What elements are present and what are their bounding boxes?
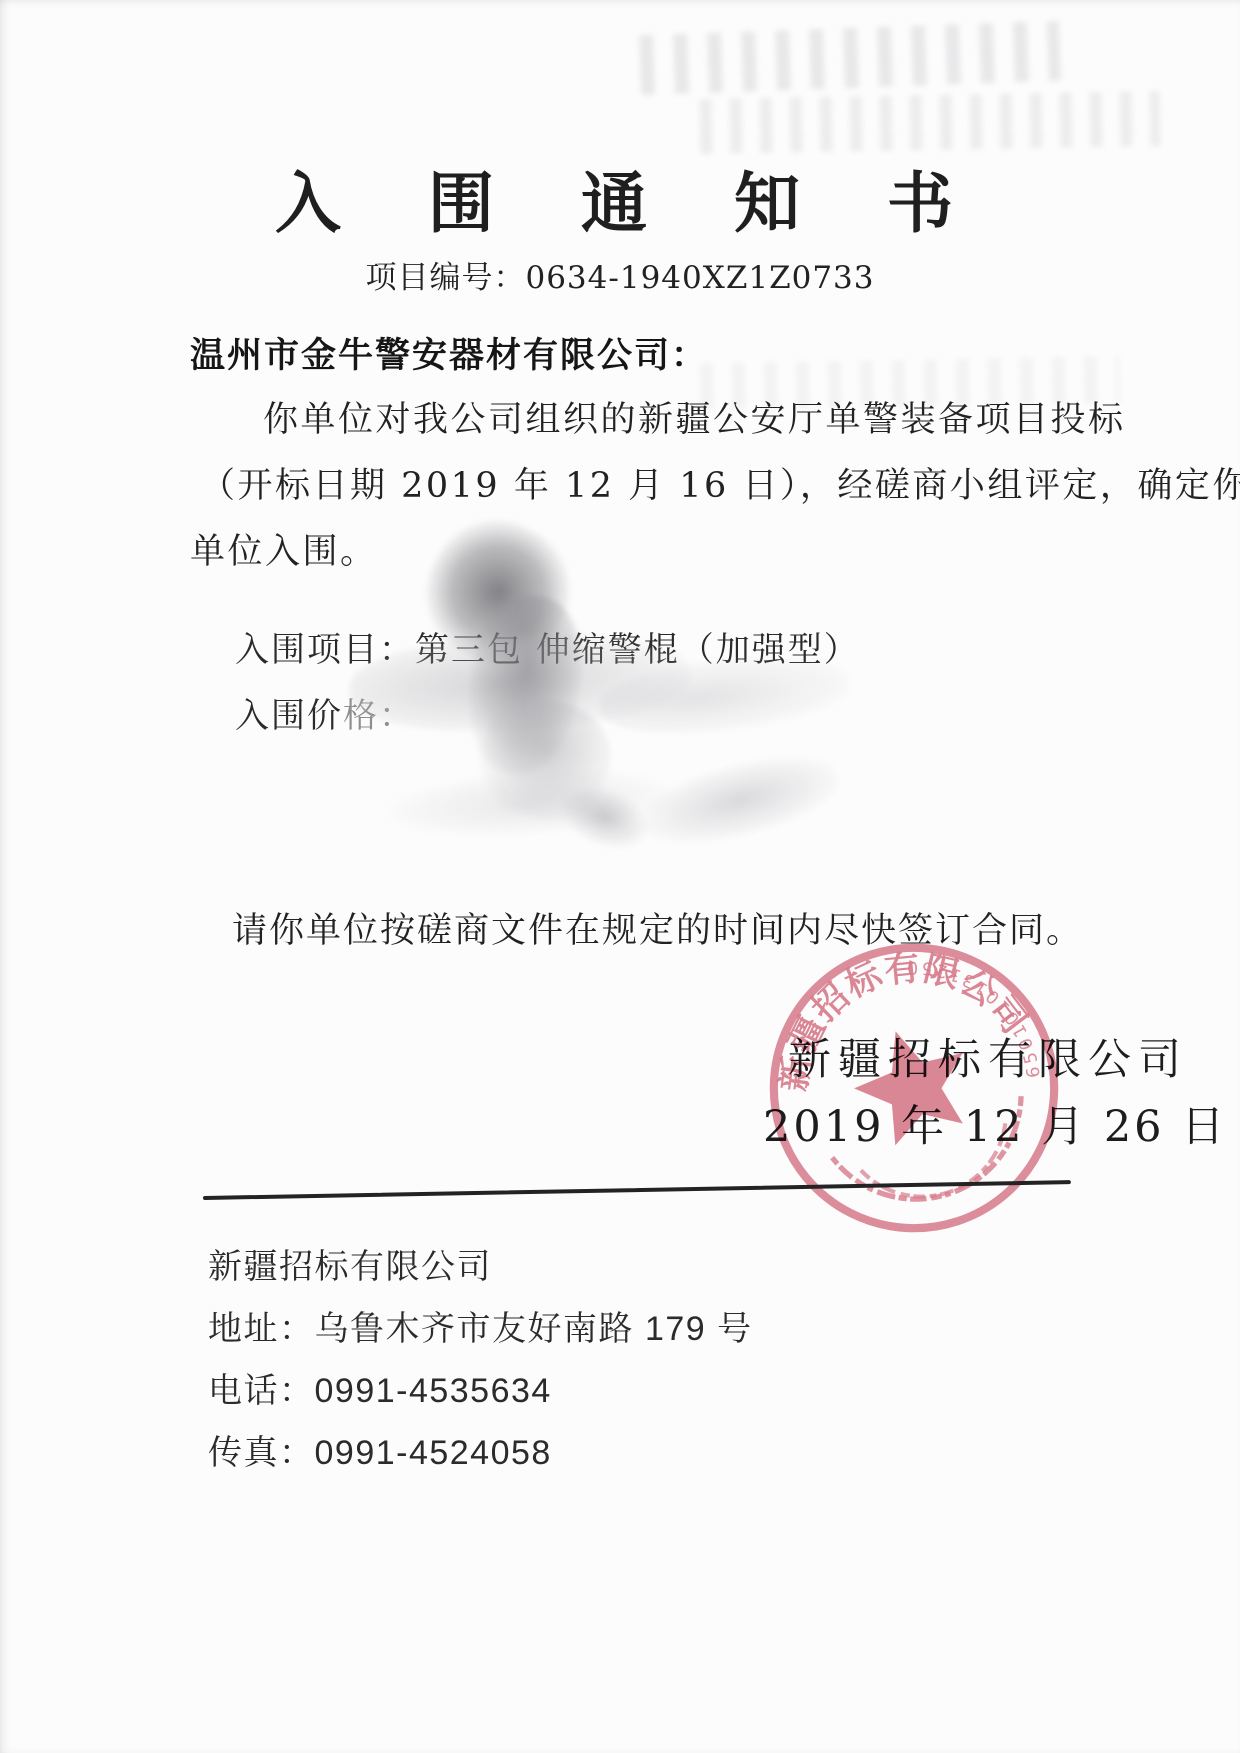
shortlist-project-line: 入围项目：第三包 伸缩警棍（加强型） [235,622,860,671]
footer-fax-label: 传真： [208,1434,315,1472]
scanned-notice-page: 入 围 通 知 书 项目编号：0634-1940XZ1Z0733 温州市金牛警安… [0,0,1240,1753]
project-number-label: 项目编号： [365,260,525,296]
company-seal-stamp: 新疆招标有限公司 6501010131250 [730,904,1098,1272]
footer-address-line: 地址：乌鲁木齐市友好南路 179 号 [208,1301,753,1350]
seal-star-icon [841,1014,983,1152]
body-line-1: 你单位对我公司组织的新疆公安厅单警装备项目投标 [263,392,1126,442]
pencil-smudge [553,776,656,858]
pencil-smudge [458,588,592,782]
footer-fax-value: 0991-4524058 [315,1434,552,1472]
footer-phone-line: 电话：0991-4535634 [208,1363,552,1412]
shortlist-project-value: 第三包 伸缩警棍（加强型） [415,630,860,670]
footer-company: 新疆招标有限公司 [208,1239,492,1288]
footer-address-value: 乌鲁木齐市友好南路 179 号 [315,1310,753,1348]
footer-phone-label: 电话： [208,1372,315,1410]
body-line-2: （开标日期 2019 年 12 月 16 日），经磋商小组评定，确定你 [200,458,1240,508]
bleedthrough-mark [639,21,1061,96]
pencil-smudge [388,762,672,843]
footer-address-label: 地址： [208,1310,315,1348]
bleedthrough-mark [700,91,1161,154]
shortlist-price-line: 入围价格： [235,688,415,737]
project-number-line: 项目编号：0634-1940XZ1Z0733 [0,252,1240,297]
project-number-value: 0634-1940XZ1Z0733 [525,260,874,296]
pencil-smudge [467,685,624,835]
body-line-3: 单位入围。 [190,524,378,574]
shortlist-price-label-faded: 格： [343,696,415,736]
footer-phone-value: 0991-4535634 [315,1372,552,1410]
recipient-company: 温州市金牛警安器材有限公司： [190,328,708,378]
document-title: 入 围 通 知 书 [0,150,1240,245]
pencil-smudge [635,742,846,858]
footer-fax-line: 传真：0991-4524058 [208,1425,552,1474]
shortlist-project-label: 入围项目： [235,630,415,670]
shortlist-price-label: 入围价 [235,696,343,736]
